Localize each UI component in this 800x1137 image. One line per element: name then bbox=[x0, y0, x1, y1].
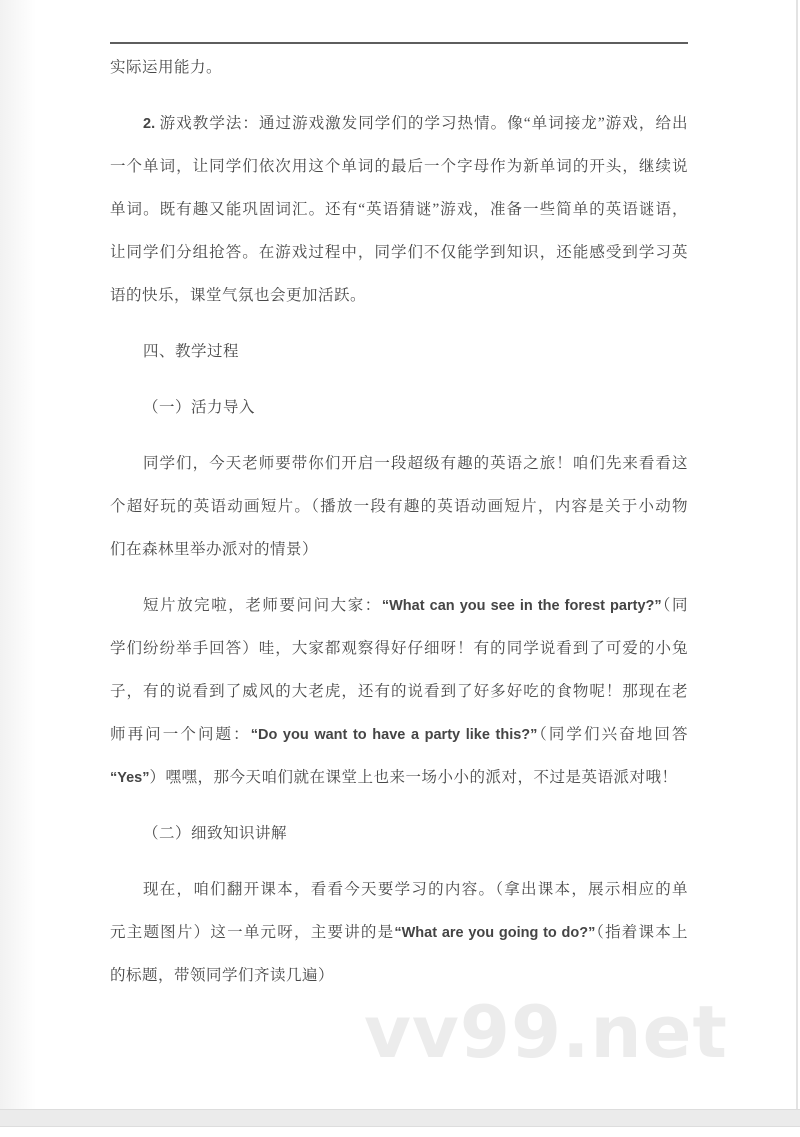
paragraph: 四、教学过程 bbox=[110, 330, 688, 373]
chinese-text: 的标题，带领同学们齐读几遍） bbox=[110, 967, 334, 984]
chinese-text: （同学们兴奋地回答 bbox=[537, 726, 688, 743]
next-page-top bbox=[0, 1127, 800, 1137]
chinese-text: （指着课本上 bbox=[595, 924, 688, 941]
text-line: （一）活力导入 bbox=[110, 386, 688, 429]
chinese-text: 实际运用能力。 bbox=[110, 59, 222, 76]
page-left-shadow bbox=[0, 0, 36, 1109]
chinese-text: 四、教学过程 bbox=[143, 343, 239, 360]
paragraph: 2. 游戏教学法：通过游戏激发同学们的学习热情。像“单词接龙”游戏，给出一个单词… bbox=[110, 102, 688, 317]
chinese-text: 学们纷纷举手回答）哇，大家都观察得好仔细呀！有的同学说看到了可爱的小兔 bbox=[110, 640, 688, 657]
text-line: 现在，咱们翻开课本，看看今天要学习的内容。（拿出课本，展示相应的单 bbox=[110, 868, 688, 911]
chinese-text: （同 bbox=[662, 597, 688, 614]
paragraph: 短片放完啦，老师要问问大家：“What can you see in the f… bbox=[110, 584, 688, 799]
english-text: “Do you want to have a party like this?” bbox=[251, 727, 538, 743]
english-text: 2. bbox=[143, 116, 160, 132]
chinese-text: （一）活力导入 bbox=[143, 399, 255, 416]
english-text: “What can you see in the forest party?” bbox=[382, 598, 662, 614]
english-text: “What are you going to do?” bbox=[394, 925, 595, 941]
text-line: 一个单词，让同学们依次用这个单词的最后一个字母作为新单词的开头，继续说 bbox=[110, 145, 688, 188]
header-rule bbox=[110, 42, 688, 44]
chinese-text: 元主题图片）这一单元呀，主要讲的是 bbox=[110, 924, 394, 941]
text-line: 个超好玩的英语动画短片。（播放一段有趣的英语动画短片，内容是关于小动物 bbox=[110, 485, 688, 528]
paragraph: （一）活力导入 bbox=[110, 386, 688, 429]
paragraph: 同学们，今天老师要带你们开启一段超级有趣的英语之旅！咱们先来看看这个超好玩的英语… bbox=[110, 442, 688, 571]
chinese-text: 们在森林里举办派对的情景） bbox=[110, 541, 318, 558]
paragraph: 实际运用能力。 bbox=[110, 46, 688, 89]
document-body: 实际运用能力。2. 游戏教学法：通过游戏激发同学们的学习热情。像“单词接龙”游戏… bbox=[110, 46, 688, 1010]
text-line: 师再问一个问题：“Do you want to have a party lik… bbox=[110, 713, 688, 756]
chinese-text: 同学们，今天老师要带你们开启一段超级有趣的英语之旅！咱们先来看看这 bbox=[143, 455, 688, 472]
chinese-text: 短片放完啦，老师要问问大家： bbox=[143, 597, 382, 614]
text-line: 元主题图片）这一单元呀，主要讲的是“What are you going to … bbox=[110, 911, 688, 954]
text-line: 2. 游戏教学法：通过游戏激发同学们的学习热情。像“单词接龙”游戏，给出 bbox=[110, 102, 688, 145]
text-line: 语的快乐，课堂气氛也会更加活跃。 bbox=[110, 274, 688, 317]
watermark-text: vv99.net bbox=[364, 990, 728, 1074]
english-text: “Yes” bbox=[110, 770, 150, 786]
chinese-text: 一个单词，让同学们依次用这个单词的最后一个字母作为新单词的开头，继续说 bbox=[110, 158, 688, 175]
chinese-text: 子，有的说看到了威风的大老虎，还有的说看到了好多好吃的食物呢！那现在老 bbox=[110, 683, 688, 700]
text-line: 实际运用能力。 bbox=[110, 46, 688, 89]
text-line: 让同学们分组抢答。在游戏过程中，同学们不仅能学到知识，还能感受到学习英 bbox=[110, 231, 688, 274]
text-line: 们在森林里举办派对的情景） bbox=[110, 528, 688, 571]
text-line: 单词。既有趣又能巩固词汇。还有“英语猜谜”游戏，准备一些简单的英语谜语， bbox=[110, 188, 688, 231]
chinese-text: 单词。既有趣又能巩固词汇。还有“英语猜谜”游戏，准备一些简单的英语谜语， bbox=[110, 201, 688, 218]
text-line: 同学们，今天老师要带你们开启一段超级有趣的英语之旅！咱们先来看看这 bbox=[110, 442, 688, 485]
chinese-text: 游戏教学法：通过游戏激发同学们的学习热情。像“单词接龙”游戏，给出 bbox=[160, 115, 688, 132]
chinese-text: 个超好玩的英语动画短片。（播放一段有趣的英语动画短片，内容是关于小动物 bbox=[110, 498, 688, 515]
page-right-edge bbox=[796, 0, 798, 1109]
page-separator bbox=[0, 1109, 800, 1127]
text-line: 短片放完啦，老师要问问大家：“What can you see in the f… bbox=[110, 584, 688, 627]
text-line: “Yes”）嘿嘿，那今天咱们就在课堂上也来一场小小的派对，不过是英语派对哦！ bbox=[110, 756, 688, 799]
chinese-text: 现在，咱们翻开课本，看看今天要学习的内容。（拿出课本，展示相应的单 bbox=[143, 881, 688, 898]
chinese-text: 语的快乐，课堂气氛也会更加活跃。 bbox=[110, 287, 366, 304]
chinese-text: ）嘿嘿，那今天咱们就在课堂上也来一场小小的派对，不过是英语派对哦！ bbox=[150, 769, 678, 786]
chinese-text: （二）细致知识讲解 bbox=[143, 825, 287, 842]
chinese-text: 师再问一个问题： bbox=[110, 726, 251, 743]
text-line: 子，有的说看到了威风的大老虎，还有的说看到了好多好吃的食物呢！那现在老 bbox=[110, 670, 688, 713]
paragraph: （二）细致知识讲解 bbox=[110, 812, 688, 855]
text-line: 四、教学过程 bbox=[110, 330, 688, 373]
chinese-text: 让同学们分组抢答。在游戏过程中，同学们不仅能学到知识，还能感受到学习英 bbox=[110, 244, 688, 261]
text-line: （二）细致知识讲解 bbox=[110, 812, 688, 855]
text-line: 学们纷纷举手回答）哇，大家都观察得好仔细呀！有的同学说看到了可爱的小兔 bbox=[110, 627, 688, 670]
paragraph: 现在，咱们翻开课本，看看今天要学习的内容。（拿出课本，展示相应的单元主题图片）这… bbox=[110, 868, 688, 997]
document-page: 实际运用能力。2. 游戏教学法：通过游戏激发同学们的学习热情。像“单词接龙”游戏… bbox=[0, 0, 800, 1137]
